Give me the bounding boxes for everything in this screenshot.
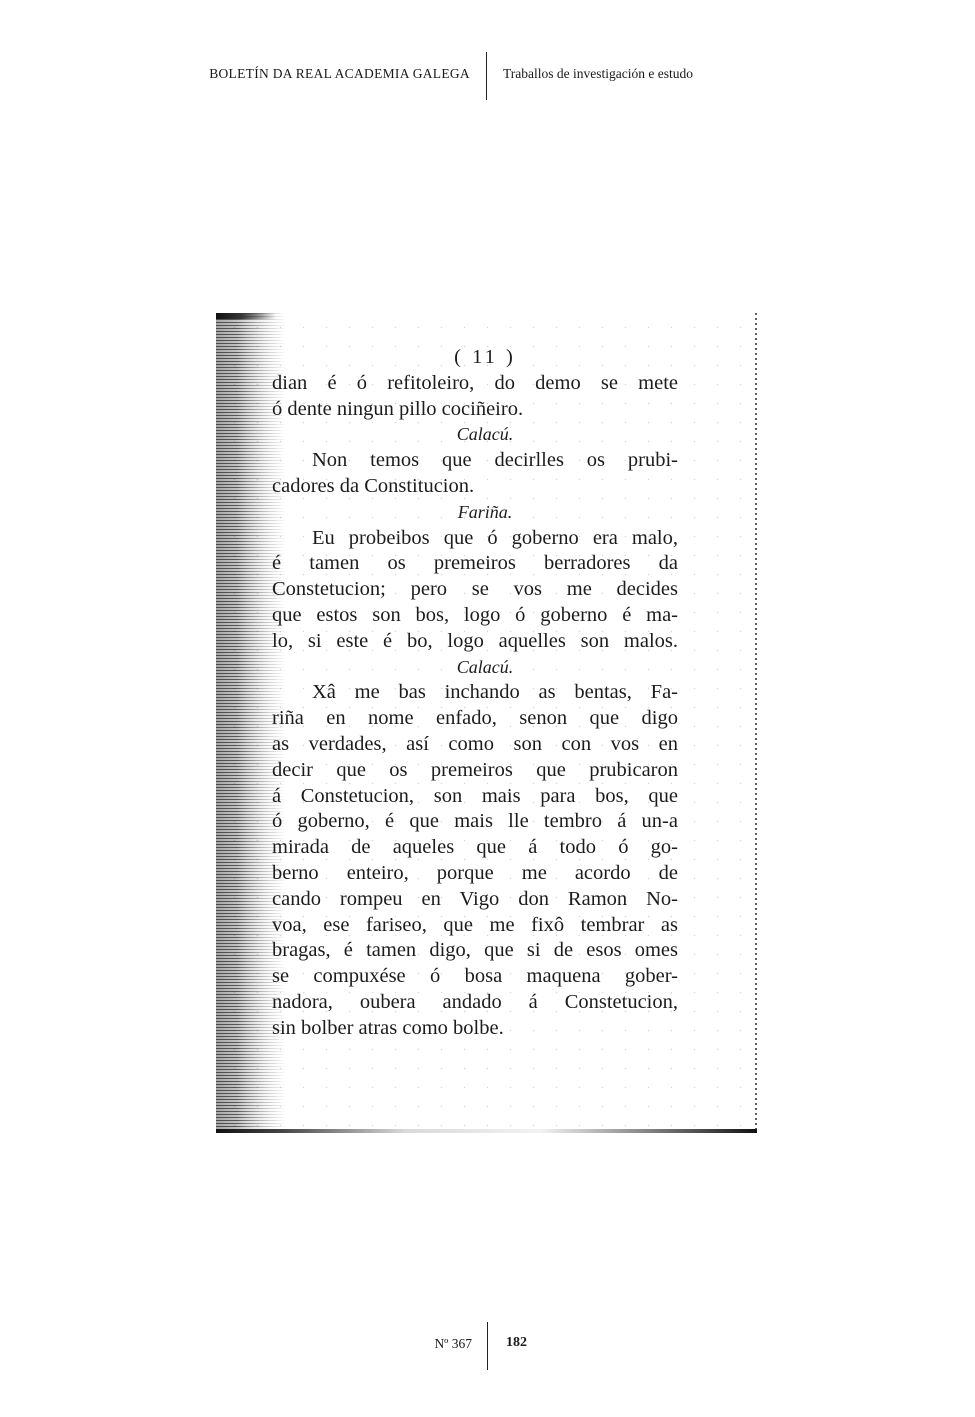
scan-right-edge — [755, 313, 757, 1133]
text-line: berno enteiro, porque me acordo de — [272, 861, 678, 887]
scan-bottom-edge — [216, 1129, 757, 1133]
text-line: dian é ó refitoleiro, do demo se mete — [272, 371, 678, 397]
speaker-name: Calacú. — [292, 422, 678, 448]
text-line: cando rompeu en Vigo don Ramon No- — [272, 887, 678, 913]
text-line: voa, ese fariseo, que me fixô tembrar as — [272, 913, 678, 939]
header-divider — [486, 52, 487, 100]
footer-divider — [487, 1322, 488, 1370]
text-line: que estos son bos, logo ó goberno é ma- — [272, 603, 678, 629]
facsimile-scan: ( 11 ) dian é ó refitoleiro, do demo se … — [216, 313, 757, 1133]
text-line: cadores da Constitucion. — [272, 474, 678, 500]
text-line: mirada de aqueles que á todo ó go- — [272, 835, 678, 861]
folio-number: ( 11 ) — [292, 345, 678, 371]
text-line: lo, si este é bo, logo aquelles son malo… — [272, 629, 678, 655]
issue-number: Nº 367 — [434, 1336, 472, 1352]
text-line: nadora, oubera andado á Constetucion, — [272, 990, 678, 1016]
text-line: Non temos que decirlles os prubi- — [272, 448, 678, 474]
page-number: 182 — [506, 1335, 527, 1351]
text-block: Eu probeibos que ó goberno era malo, é t… — [272, 526, 678, 655]
text-line: riña en nome enfado, senon que digo — [272, 706, 678, 732]
text-line: bragas, é tamen digo, que si de esos ome… — [272, 938, 678, 964]
running-header: BOLETÍN DA REAL ACADEMIA GALEGA Traballo… — [0, 52, 975, 100]
speaker-name: Calacú. — [292, 655, 678, 681]
text-block: Non temos que decirlles os prubi- cadore… — [272, 448, 678, 500]
text-line: Xâ me bas inchando as bentas, Fa- — [272, 680, 678, 706]
text-line: á Constetucion, son mais para bos, que — [272, 784, 678, 810]
journal-title: BOLETÍN DA REAL ACADEMIA GALEGA — [209, 66, 470, 82]
text-block: Xâ me bas inchando as bentas, Fa- riña e… — [272, 680, 678, 1041]
text-line: Eu probeibos que ó goberno era malo, — [272, 526, 678, 552]
text-line: Constetucion; pero se vos me decides — [272, 577, 678, 603]
text-line: as verdades, así como son con vos en — [272, 732, 678, 758]
text-line: decir que os premeiros que prubicaron — [272, 758, 678, 784]
text-line: sin bolber atras como bolbe. — [272, 1016, 678, 1042]
page-footer: Nº 367 182 — [0, 1322, 975, 1370]
section-title: Traballos de investigación e estudo — [503, 66, 693, 82]
speaker-name: Fariña. — [292, 500, 678, 526]
scan-top-edge — [216, 313, 276, 319]
text-line: é tamen os premeiros berradores da — [272, 551, 678, 577]
text-block: dian é ó refitoleiro, do demo se mete ó … — [272, 371, 678, 423]
facsimile-text: ( 11 ) dian é ó refitoleiro, do demo se … — [272, 345, 678, 1042]
text-line: ó goberno, é que mais lle tembro á un-a — [272, 809, 678, 835]
text-line: ó dente ningun pillo cociñeiro. — [272, 397, 678, 423]
text-line: se compuxése ó bosa maquena gober- — [272, 964, 678, 990]
